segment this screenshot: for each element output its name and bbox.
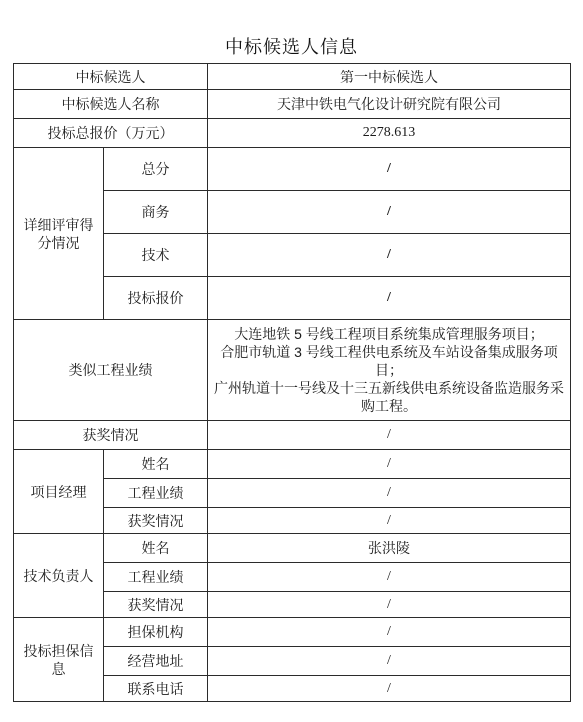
table-row-tech-name: 技术负责人 姓名 张洪陵	[14, 534, 571, 563]
value-tech-achievements: /	[208, 563, 571, 592]
label-achievements: 类似工程业绩	[14, 320, 208, 421]
table-row-guarantee-org: 投标担保信息 担保机构 /	[14, 618, 571, 647]
value-score-total: /	[208, 148, 571, 191]
achievement-line-1: 大连地铁 5 号线工程项目系统集成管理服务项目；	[212, 325, 566, 343]
label-pm-achievements: 工程业绩	[104, 479, 208, 508]
value-tech-awards: /	[208, 592, 571, 618]
label-tech-awards: 获奖情况	[104, 592, 208, 618]
label-candidate-name: 中标候选人名称	[14, 90, 208, 119]
label-pm-name: 姓名	[104, 450, 208, 479]
table-row-candidate: 中标候选人 第一中标候选人	[14, 64, 571, 90]
label-score-commercial: 商务	[104, 191, 208, 234]
table-row-awards: 获奖情况 /	[14, 421, 571, 450]
value-total-bid-price: 2278.613	[208, 119, 571, 148]
value-achievements: 大连地铁 5 号线工程项目系统集成管理服务项目； 合肥市轨道 3 号线工程供电系…	[208, 320, 571, 421]
value-guarantee-phone: /	[208, 676, 571, 702]
label-guarantee-org: 担保机构	[104, 618, 208, 647]
bid-candidate-info-table: 中标候选人 第一中标候选人 中标候选人名称 天津中铁电气化设计研究院有限公司 投…	[13, 63, 571, 702]
label-score-technical: 技术	[104, 234, 208, 277]
value-candidate-name: 天津中铁电气化设计研究院有限公司	[208, 90, 571, 119]
section-label-technical-lead: 技术负责人	[14, 534, 104, 618]
label-score-bid-price: 投标报价	[104, 277, 208, 320]
value-guarantee-org: /	[208, 618, 571, 647]
achievement-line-3: 广州轨道十一号线及十三五新线供电系统设备监造服务采购工程。	[212, 379, 566, 415]
table-row-achievements: 类似工程业绩 大连地铁 5 号线工程项目系统集成管理服务项目； 合肥市轨道 3 …	[14, 320, 571, 421]
label-guarantee-phone: 联系电话	[104, 676, 208, 702]
table-row-candidate-name: 中标候选人名称 天津中铁电气化设计研究院有限公司	[14, 90, 571, 119]
page-title: 中标候选人信息	[0, 0, 583, 63]
label-candidate: 中标候选人	[14, 64, 208, 90]
value-score-bid-price: /	[208, 277, 571, 320]
value-tech-name: 张洪陵	[208, 534, 571, 563]
label-total-bid-price: 投标总报价（万元）	[14, 119, 208, 148]
table-row-total-bid-price: 投标总报价（万元） 2278.613	[14, 119, 571, 148]
section-label-project-manager: 项目经理	[14, 450, 104, 534]
value-guarantee-address: /	[208, 647, 571, 676]
value-score-commercial: /	[208, 191, 571, 234]
value-pm-achievements: /	[208, 479, 571, 508]
table-row-pm-name: 项目经理 姓名 /	[14, 450, 571, 479]
document-page: 中标候选人信息 中标候选人 第一中标候选人 中标候选人名称 天津中铁电气化设计研…	[0, 0, 583, 722]
label-awards: 获奖情况	[14, 421, 208, 450]
value-awards: /	[208, 421, 571, 450]
value-candidate: 第一中标候选人	[208, 64, 571, 90]
value-score-technical: /	[208, 234, 571, 277]
label-guarantee-address: 经营地址	[104, 647, 208, 676]
achievement-line-2: 合肥市轨道 3 号线工程供电系统及车站设备集成服务项目；	[212, 343, 566, 379]
section-label-review-score: 详细评审得分情况	[14, 148, 104, 320]
label-pm-awards: 获奖情况	[104, 508, 208, 534]
table-row-score-total: 详细评审得分情况 总分 /	[14, 148, 571, 191]
label-tech-achievements: 工程业绩	[104, 563, 208, 592]
value-pm-name: /	[208, 450, 571, 479]
label-tech-name: 姓名	[104, 534, 208, 563]
section-label-bid-guarantee: 投标担保信息	[14, 618, 104, 702]
value-pm-awards: /	[208, 508, 571, 534]
label-score-total: 总分	[104, 148, 208, 191]
